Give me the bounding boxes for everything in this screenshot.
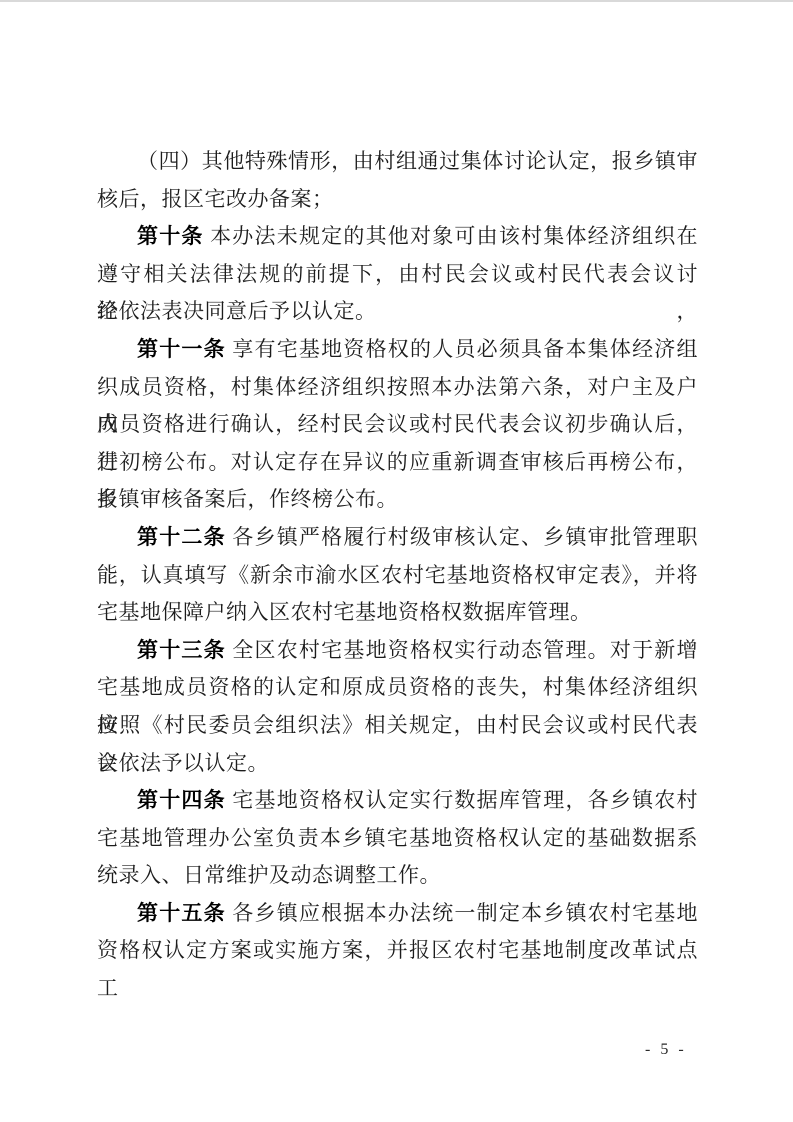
document-page: （四）其他特殊情形，由村组通过集体讨论认定，报乡镇审 核后，报区宅改办备案； 第… bbox=[0, 0, 793, 1122]
body-line-text: 宅基地资格权认定实行数据库管理，各乡镇农村 bbox=[226, 788, 698, 812]
body-line-text: 享有宅基地资格权的人员必须具备本集体经济组 bbox=[226, 337, 698, 361]
body-line: 宅基地保障户纳入区农村宅基地资格权数据库管理。 bbox=[97, 594, 698, 632]
article-number-12: 第十二条 bbox=[137, 526, 226, 549]
document-body: （四）其他特殊情形，由村组通过集体讨论认定，报乡镇审 核后，报区宅改办备案； 第… bbox=[97, 143, 698, 970]
body-line: 乡镇审核备案后，作终榜公布。 bbox=[97, 481, 698, 519]
article-number-11: 第十一条 bbox=[137, 338, 226, 361]
body-line: 核后，报区宅改办备案； bbox=[97, 181, 698, 219]
body-line: 第十五条 各乡镇应根据本办法统一制定本乡镇农村宅基地 bbox=[97, 895, 698, 933]
article-number-13: 第十三条 bbox=[137, 639, 226, 662]
body-line: 能，认真填写《新余市渝水区农村宅基地资格权审定表》，并将 bbox=[97, 557, 698, 595]
body-line-text: 全区农村宅基地资格权实行动态管理。对于新增 bbox=[226, 638, 698, 662]
body-line: 宅基地管理办公室负责本乡镇宅基地资格权认定的基础数据系 bbox=[97, 820, 698, 858]
body-line: 第十三条 全区农村宅基地资格权实行动态管理。对于新增 bbox=[97, 632, 698, 670]
body-line: 第十一条 享有宅基地资格权的人员必须具备本集体经济组 bbox=[97, 331, 698, 369]
article-number-14: 第十四条 bbox=[137, 789, 226, 812]
body-line-text: 各乡镇严格履行村级审核认定、乡镇审批管理职 bbox=[226, 525, 698, 549]
body-line: 遵守相关法律法规的前提下，由村民会议或村民代表会议讨论， bbox=[97, 256, 698, 294]
article-number-15: 第十五条 bbox=[137, 902, 226, 925]
body-line: 宅基地成员资格的认定和原成员资格的丧失，村集体经济组织应 bbox=[97, 669, 698, 707]
body-line: 成员资格进行确认，经村民会议或村民代表会议初步确认后，进 bbox=[97, 406, 698, 444]
body-line: 第十二条 各乡镇严格履行村级审核认定、乡镇审批管理职 bbox=[97, 519, 698, 557]
body-line: 第十四条 宅基地资格权认定实行数据库管理，各乡镇农村 bbox=[97, 782, 698, 820]
body-line-text: 各乡镇应根据本办法统一制定本乡镇农村宅基地 bbox=[226, 901, 698, 925]
article-number-10: 第十条 bbox=[137, 225, 204, 248]
body-line: 第十条 本办法未规定的其他对象可由该村集体经济组织在 bbox=[97, 218, 698, 256]
body-line: 按照《村民委员会组织法》相关规定，由村民会议或村民代表会 bbox=[97, 707, 698, 745]
body-line: 资格权认定方案或实施方案，并报区农村宅基地制度改革试点工 bbox=[97, 932, 698, 970]
scan-edge-line bbox=[0, 0, 793, 2]
body-line: （四）其他特殊情形，由村组通过集体讨论认定，报乡镇审 bbox=[97, 143, 698, 181]
page-number: - 5 - bbox=[645, 1041, 687, 1059]
body-line: 行初榜公布。对认定存在异议的应重新调查审核后再榜公布，报 bbox=[97, 444, 698, 482]
body-line: 统录入、日常维护及动态调整工作。 bbox=[97, 857, 698, 895]
body-line-text: 本办法未规定的其他对象可由该村集体经济组织在 bbox=[204, 224, 698, 248]
body-line: 议依法予以认定。 bbox=[97, 745, 698, 783]
body-line: 织成员资格，村集体经济组织按照本办法第六条，对户主及户内 bbox=[97, 369, 698, 407]
